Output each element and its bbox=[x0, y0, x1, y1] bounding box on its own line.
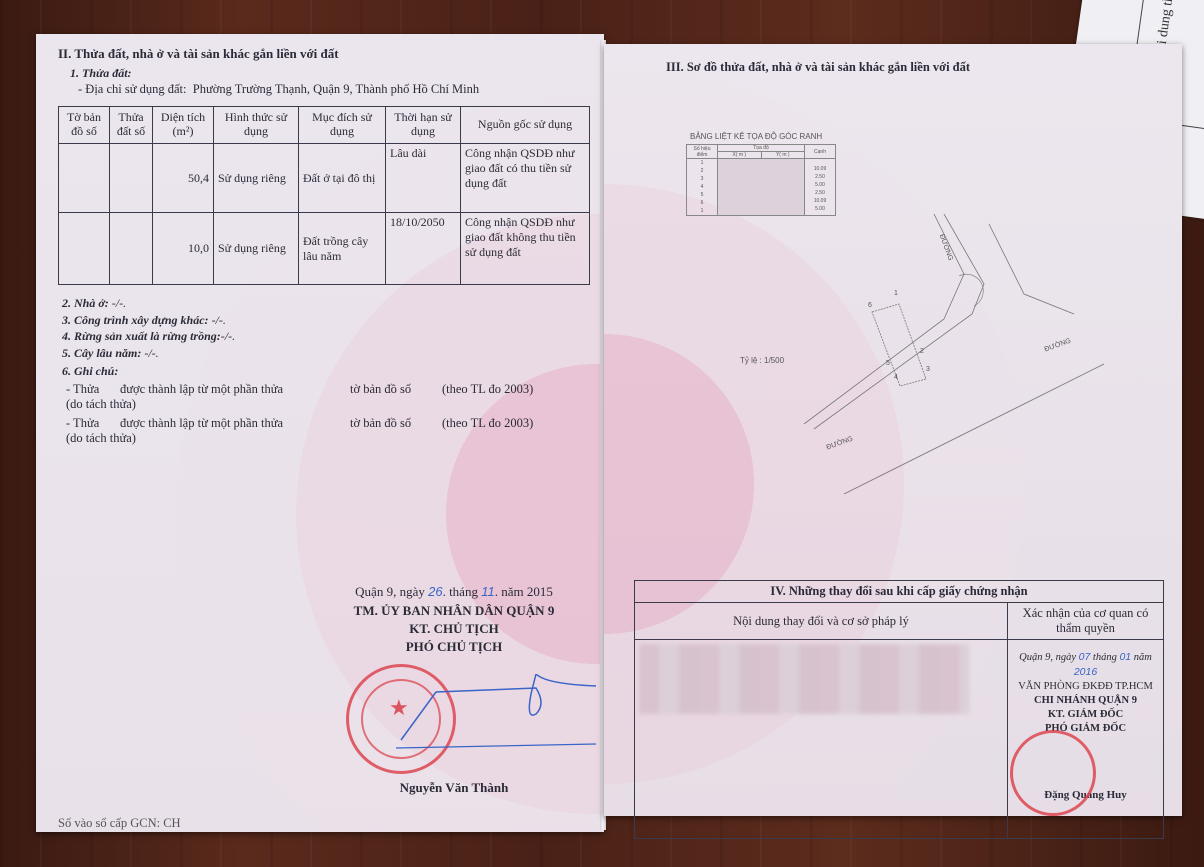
handwritten-signature bbox=[396, 674, 606, 754]
col-map-sheet: Tờ bản đồ số bbox=[59, 107, 110, 144]
signer-name: Nguyễn Văn Thành bbox=[304, 780, 604, 796]
section-3-title: III. Sơ đồ thửa đất, nhà ở và tài sản kh… bbox=[666, 60, 970, 75]
changes-table: IV. Những thay đổi sau khi cấp giấy chứn… bbox=[634, 580, 1164, 839]
section-2-title: II. Thửa đất, nhà ở và tài sản khác gắn … bbox=[58, 46, 339, 62]
confirmation-date: Quận 9, ngày 07 tháng 01 năm 2016 bbox=[1014, 650, 1157, 680]
table-row: 10,0 Sử dụng riêng Đất trồng cây lâu năm… bbox=[59, 213, 590, 285]
col-parcel: Thửa đất số bbox=[110, 107, 153, 144]
col-change-content: Nội dung thay đổi và cơ sở pháp lý bbox=[635, 603, 1008, 640]
item-house: 2. Nhà ở: -/-. bbox=[62, 296, 126, 311]
change-content-cell bbox=[635, 640, 1008, 839]
col-origin: Nguồn gốc sử dụng bbox=[461, 107, 590, 144]
coord-table-title: BẢNG LIỆT KÊ TỌA ĐỘ GÓC RANH bbox=[690, 132, 822, 141]
item-forest: 4. Rừng sản xuất là rừng trồng:-/-. bbox=[62, 329, 235, 344]
registration-office: VĂN PHÒNG ĐKĐĐ TP.HCM bbox=[1014, 680, 1157, 694]
point-list: 1234561 bbox=[687, 159, 718, 216]
item-other-construction: 3. Công trình xây dựng khác: -/-. bbox=[62, 313, 226, 328]
redacted-coordinates bbox=[718, 159, 805, 216]
land-parcel-table: Tờ bản đồ số Thửa đất số Diện tích (m²) … bbox=[58, 106, 590, 285]
certificate-left-page: II. Thửa đất, nhà ở và tài sản khác gắn … bbox=[36, 34, 604, 832]
map-scale: Tỷ lệ : 1/500 bbox=[740, 356, 784, 365]
land-address: - Địa chỉ sử dụng đất: Phường Trường Thạ… bbox=[78, 82, 479, 97]
section-4-title: IV. Những thay đổi sau khi cấp giấy chứn… bbox=[635, 581, 1164, 603]
item-notes: 6. Ghi chú: bbox=[62, 364, 118, 379]
col-authority-confirmation: Xác nhận của cơ quan có thẩm quyền bbox=[1008, 603, 1164, 640]
issue-year: 2015 bbox=[527, 584, 553, 599]
issue-day: 26 bbox=[428, 584, 442, 599]
redacted-change-content bbox=[639, 644, 969, 714]
issuing-authority: TM. ỦY BAN NHÂN DÂN QUẬN 9 KT. CHỦ TỊCH … bbox=[304, 602, 604, 656]
note-1: - Thửa được thành lập từ một phần thửa t… bbox=[66, 382, 586, 412]
parcel-sketch-map bbox=[784, 214, 1184, 504]
registry-number: Số vào sổ cấp GCN: CH bbox=[58, 816, 181, 831]
col-area: Diện tích (m²) bbox=[153, 107, 214, 144]
col-term: Thời hạn sử dụng bbox=[386, 107, 461, 144]
table-row: 50,4 Sử dụng riêng Đất ở tại đô thị Lâu … bbox=[59, 144, 590, 213]
issue-month: 11 bbox=[481, 584, 495, 599]
note-2: - Thửa được thành lập từ một phần thửa t… bbox=[66, 416, 586, 446]
col-form: Hình thức sử dụng bbox=[214, 107, 299, 144]
subsection-land-parcel: 1. Thửa đất: bbox=[70, 66, 132, 81]
coordinate-table: Số hiệu điểm Tọa độ Cạnh X( m ) Y( m ) 1… bbox=[686, 144, 836, 216]
confirmation-cell: Quận 9, ngày 07 tháng 01 năm 2016 VĂN PH… bbox=[1008, 640, 1164, 839]
address-value: Phường Trường Thạnh, Quận 9, Thành phố H… bbox=[193, 82, 479, 96]
issue-date: Quận 9, ngày 26. tháng 11. năm 2015 bbox=[304, 584, 604, 600]
branch-red-stamp bbox=[1010, 730, 1096, 816]
branch-name: CHI NHÁNH QUẬN 9 bbox=[1014, 694, 1157, 708]
area-value: 50,4 bbox=[153, 144, 214, 213]
col-purpose: Mục đích sử dụng bbox=[299, 107, 386, 144]
edge-list: 10.092.505.002.5010.095.00 bbox=[805, 159, 836, 216]
area-value: 10,0 bbox=[153, 213, 214, 285]
item-perennial-trees: 5. Cây lâu năm: -/-. bbox=[62, 346, 159, 361]
certificate-right-page: III. Sơ đồ thửa đất, nhà ở và tài sản kh… bbox=[604, 44, 1182, 816]
